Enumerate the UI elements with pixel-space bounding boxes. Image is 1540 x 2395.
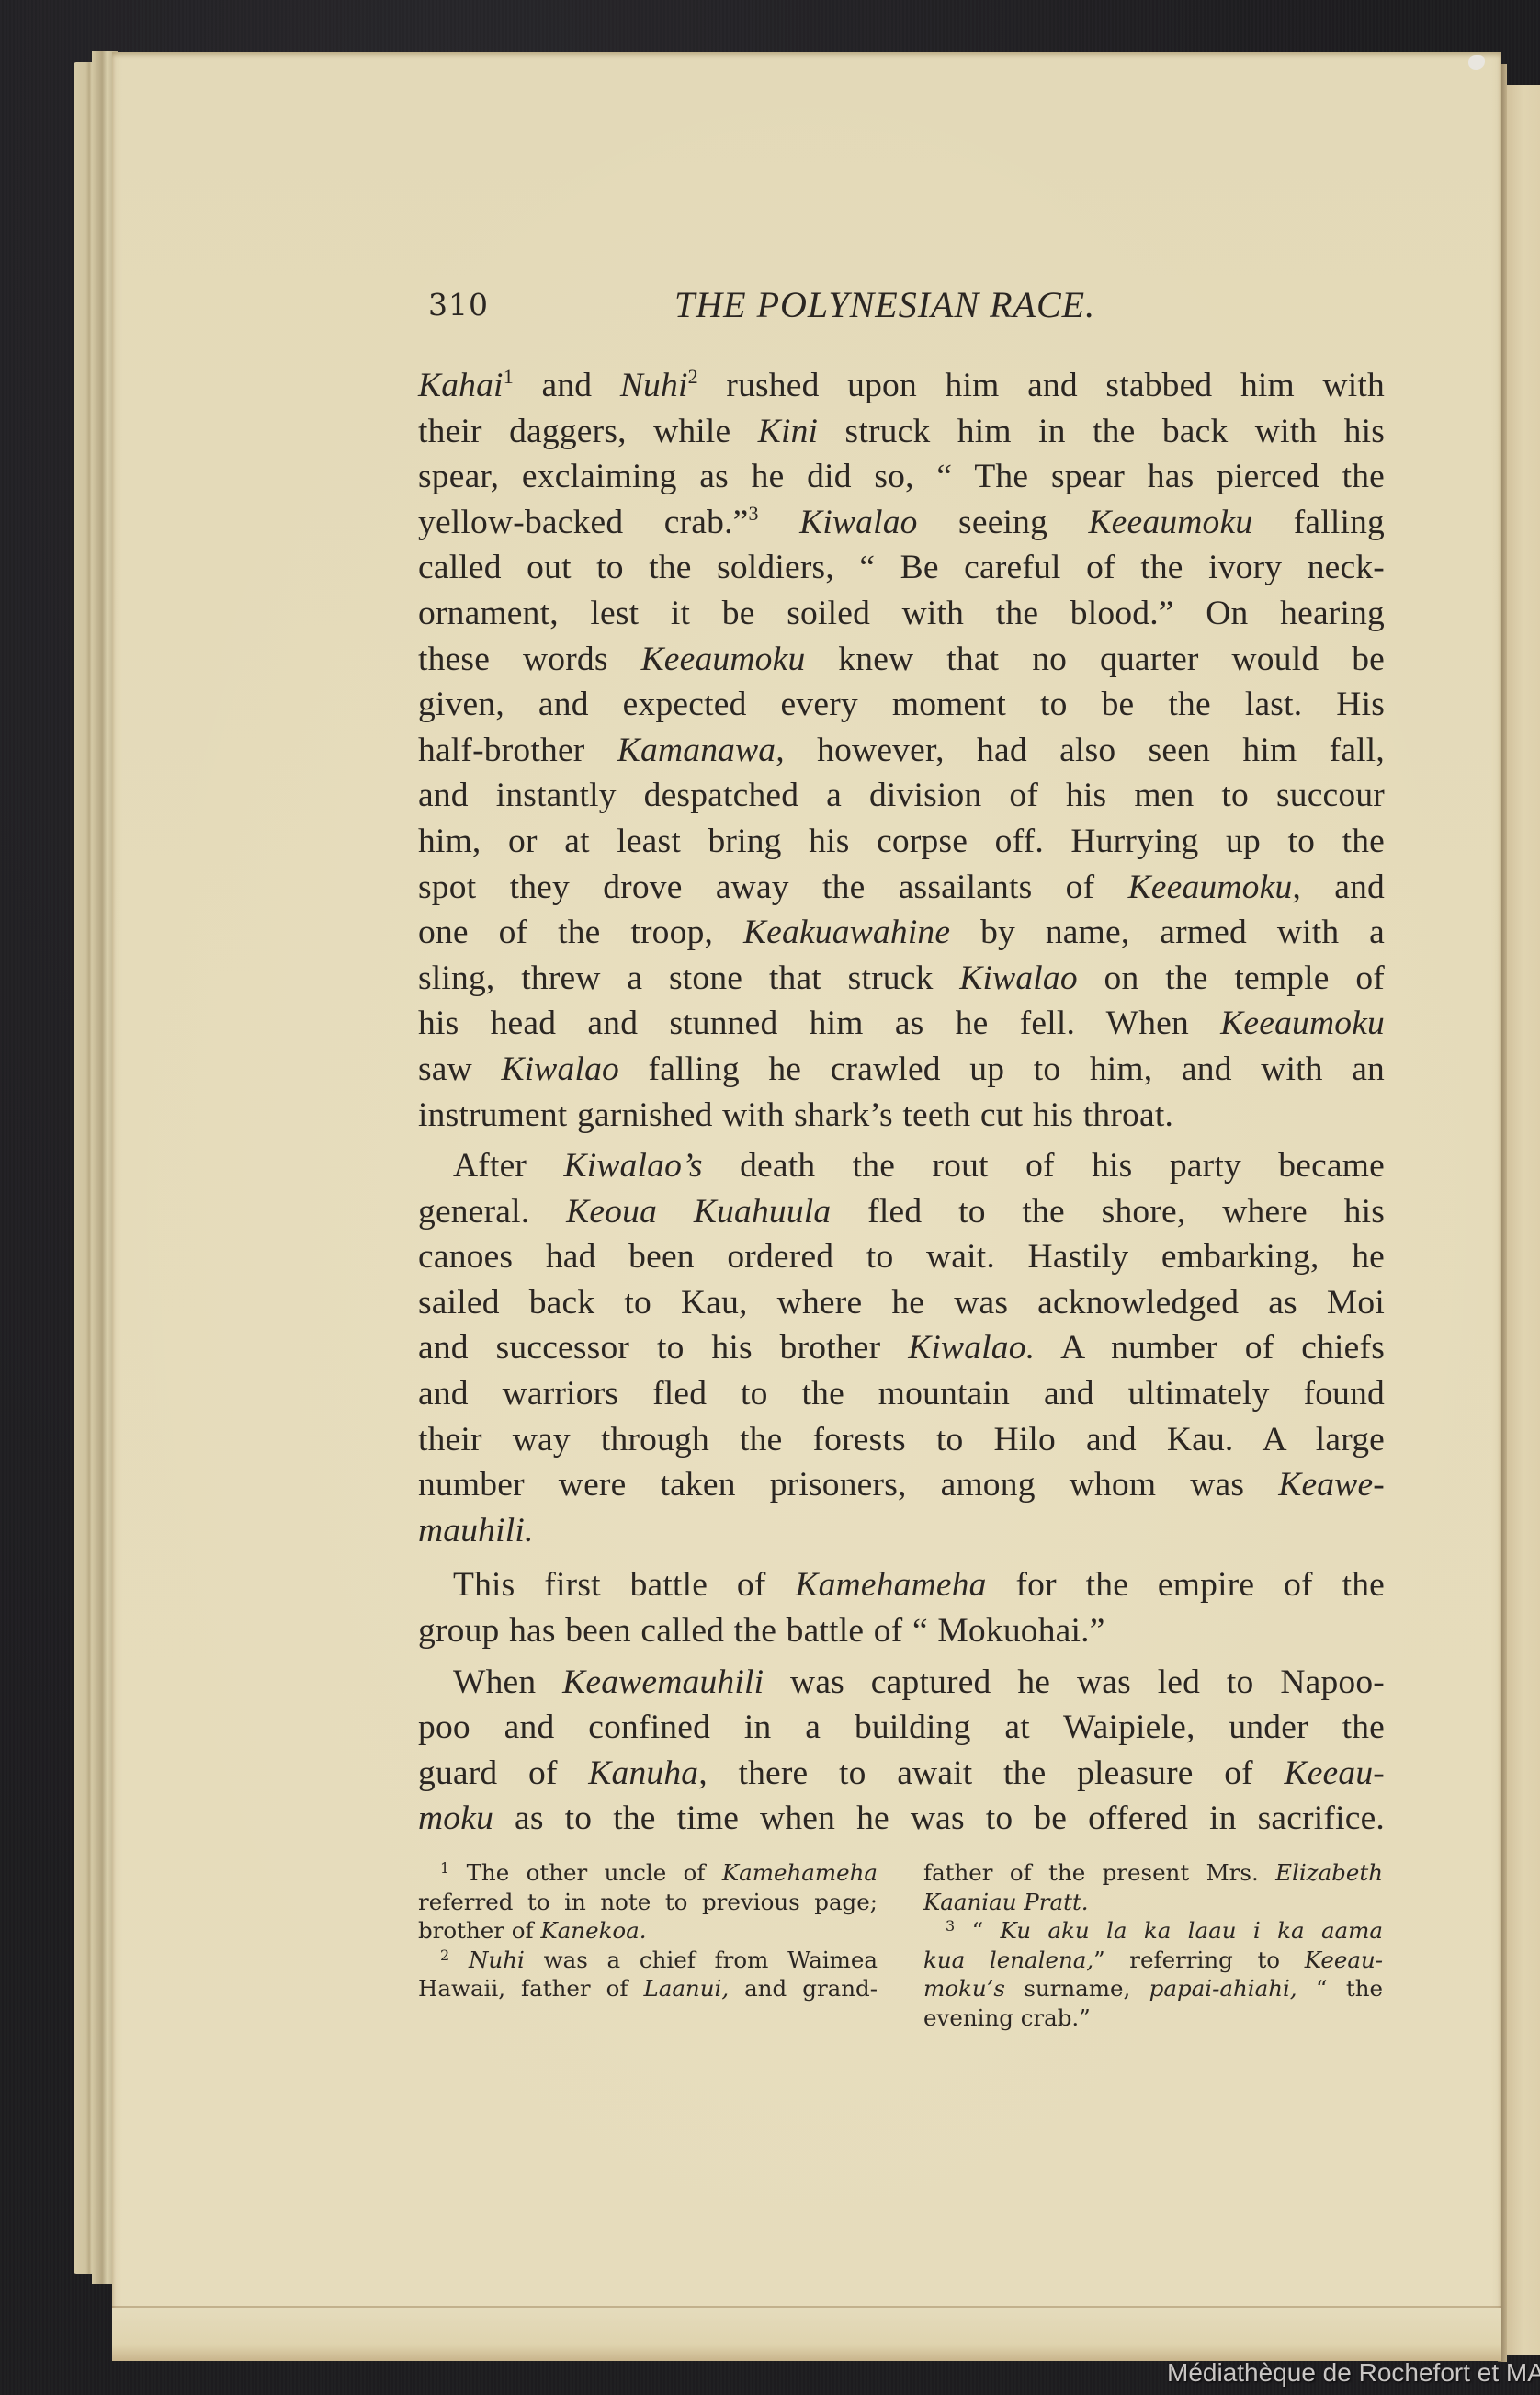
text: yellow-backed crab.” <box>418 504 749 541</box>
footnote-2: 2 Nuhi was a chief from Waimea <box>418 1946 878 1975</box>
text: “ the <box>1297 1975 1383 2002</box>
running-title: THE POLYNESIAN RACE. <box>674 283 1095 326</box>
text: half-brother <box>418 732 617 769</box>
name-keakuawahine: Keakuawahine <box>743 914 950 951</box>
text: by name, armed with a <box>950 914 1385 951</box>
text: “ <box>955 1917 1000 1944</box>
text: and instantly despatched a division of h… <box>418 777 1385 814</box>
footnote-line: Kaaniau Pratt. <box>923 1888 1383 1917</box>
text: evening crab.” <box>923 2004 1091 2031</box>
text-line: spear, exclaiming as he did so, “ The sp… <box>418 454 1385 500</box>
text: and <box>514 367 620 404</box>
body-text: Kahai1 and Nuhi2 rushed upon him and sta… <box>418 363 1385 1842</box>
name-keawemauhili: Keawemauhili <box>562 1663 764 1701</box>
text: was a chief from Waimea <box>525 1947 878 1973</box>
text: and <box>1301 868 1385 906</box>
text <box>759 504 799 541</box>
text: poo and confined in a building at Waipie… <box>418 1708 1385 1746</box>
name-keeaumoku: moku’s <box>923 1975 1005 2002</box>
text: given, and expected every moment to be t… <box>418 686 1385 723</box>
hawaiian-quote: Ku aku la ka laau i ka aama <box>1000 1917 1383 1944</box>
text: as to the time when he was to be offered… <box>493 1799 1385 1837</box>
text: on the temple of <box>1078 959 1385 997</box>
footnote-marker-3: 3 <box>946 1917 955 1935</box>
text: surname, <box>1005 1975 1149 2002</box>
text: and warriors fled to the mountain and ul… <box>418 1375 1385 1413</box>
footnote-marker-2: 2 <box>440 1947 449 1964</box>
text: knew that no quarter would be <box>805 641 1385 678</box>
text: called out to the soldiers, “ Be careful… <box>418 549 1385 586</box>
text: After <box>453 1147 564 1185</box>
name-kanekoa: Kanekoa. <box>540 1917 646 1944</box>
name-keeaumoku: Keeau- <box>1285 1754 1386 1792</box>
watermark-container: Médiathèque de Rochefort et MAP <box>1167 2358 1540 2388</box>
name-keeaumoku: Keeaumoku <box>641 641 806 678</box>
text: him, or at least bring his corpse off. H… <box>418 823 1385 860</box>
text: number were taken prisoners, among whom … <box>418 1466 1278 1504</box>
text-line: canoes had been ordered to wait. Hastily… <box>418 1234 1385 1280</box>
name-kamanawa: Kamanawa, <box>617 732 785 769</box>
footnote-line: brother of Kanekoa. <box>418 1916 878 1946</box>
footnote-line: kua lenalena,” referring to Keeau- <box>923 1946 1383 1975</box>
facing-page-sliver <box>1507 85 1540 2355</box>
name-keawemauhili: mauhili. <box>418 1512 534 1549</box>
name-kamehameha: Kamehameha <box>722 1859 878 1886</box>
text-line: instrument garnished with shark’s teeth … <box>418 1093 1385 1139</box>
surname-papai-ahiahi: papai-ahiahi, <box>1149 1975 1297 2002</box>
name-keeaumoku: moku <box>418 1799 493 1837</box>
text-line: After Kiwalao’s death the rout of his pa… <box>418 1143 1385 1189</box>
footnote-ref-3[interactable]: 3 <box>749 502 759 525</box>
text-line: ornament, lest it be soiled with the blo… <box>418 591 1385 637</box>
text-line: yellow-backed crab.”3 Kiwalao seeing Kee… <box>418 500 1385 546</box>
text: When <box>453 1663 562 1701</box>
text: This first battle of <box>453 1566 795 1604</box>
text-line: their daggers, while Kini struck him in … <box>418 409 1385 455</box>
text: these words <box>418 641 641 678</box>
footnotes: 1 The other uncle of Kamehameha referred… <box>418 1858 1383 2032</box>
text: instrument garnished with shark’s teeth … <box>418 1096 1173 1134</box>
name-kiwalao: Kiwalao <box>959 959 1078 997</box>
text: general. <box>418 1193 566 1231</box>
name-kiwalao: Kiwalao <box>799 504 918 541</box>
text: rushed upon him and stabbed him with <box>698 367 1385 404</box>
footnotes-left-column: 1 The other uncle of Kamehameha referred… <box>418 1858 878 2032</box>
text: falling he crawled up to him, and with a… <box>619 1050 1385 1088</box>
paragraph-2: After Kiwalao’s death the rout of his pa… <box>418 1143 1385 1553</box>
name-kanuha: Kanuha, <box>588 1754 708 1792</box>
text-line: half-brother Kamanawa, however, had also… <box>418 728 1385 774</box>
name-kiwalao: Kiwalao. <box>908 1329 1035 1367</box>
text: sailed back to Kau, where he was acknowl… <box>418 1284 1385 1322</box>
page-bottom-margin <box>112 2308 1501 2361</box>
text-line: saw Kiwalao falling he crawled up to him… <box>418 1047 1385 1093</box>
footnote-line: moku’s surname, papai-ahiahi, “ the <box>923 1974 1383 2003</box>
name-keawemauhili: Keawe- <box>1278 1466 1385 1504</box>
text-line: Kahai1 and Nuhi2 rushed upon him and sta… <box>418 363 1385 409</box>
text: his head and stunned him as he fell. Whe… <box>418 1005 1220 1042</box>
text-line: sling, threw a stone that struck Kiwalao… <box>418 956 1385 1002</box>
text: one of the troop, <box>418 914 743 951</box>
text-line: and warriors fled to the mountain and ul… <box>418 1371 1385 1417</box>
watermark-credit: Médiathèque de Rochefort et MAP <box>1167 2358 1540 2388</box>
text-line: their way through the forests to Hilo an… <box>418 1417 1385 1463</box>
text-line: guard of Kanuha, there to await the plea… <box>418 1751 1385 1797</box>
text: brother of <box>418 1917 540 1944</box>
footnote-line: evening crab.” <box>923 2003 1383 2033</box>
footnote-ref-2[interactable]: 2 <box>688 365 698 388</box>
text-line: sailed back to Kau, where he was acknowl… <box>418 1280 1385 1326</box>
footnote-marker-1: 1 <box>440 1859 449 1877</box>
text-line: called out to the soldiers, “ Be careful… <box>418 545 1385 591</box>
text: was captured he was led to Napoo- <box>764 1663 1385 1701</box>
text-line: and successor to his brother Kiwalao. A … <box>418 1325 1385 1371</box>
text: their way through the forests to Hilo an… <box>418 1421 1385 1459</box>
name-keeaumoku: Keeau- <box>1305 1947 1383 1973</box>
footnote-ref-1[interactable]: 1 <box>504 365 514 388</box>
name-kini: Kini <box>758 413 818 450</box>
text: A number of chiefs <box>1035 1329 1385 1367</box>
text-line: his head and stunned him as he fell. Whe… <box>418 1001 1385 1047</box>
text: their daggers, while <box>418 413 758 450</box>
text: group has been called the battle of “ Mo… <box>418 1612 1105 1650</box>
text: spear, exclaiming as he did so, “ The sp… <box>418 458 1385 495</box>
page-number: 310 <box>428 287 489 323</box>
footnotes-right-column: father of the present Mrs. Elizabeth Kaa… <box>923 1858 1383 2032</box>
name-kiwalao: Kiwalao <box>501 1050 619 1088</box>
text-line: number were taken prisoners, among whom … <box>418 1462 1385 1508</box>
footnote-3: 3 “ Ku aku la ka laau i ka aama <box>923 1916 1383 1946</box>
text: saw <box>418 1050 501 1088</box>
text: death the rout of his party became <box>703 1147 1385 1185</box>
text-line: one of the troop, Keakuawahine by name, … <box>418 910 1385 956</box>
name-laanui: Laanui, <box>643 1975 729 2002</box>
name-elizabeth: Elizabeth <box>1275 1859 1383 1886</box>
text: spot they drove away the assailants of <box>418 868 1128 906</box>
text-line: moku as to the time when he was to be of… <box>418 1796 1385 1842</box>
text-line: group has been called the battle of “ Mo… <box>418 1608 1385 1654</box>
name-kaaniau-pratt: Kaaniau Pratt. <box>923 1889 1089 1915</box>
text: there to await the pleasure of <box>708 1754 1285 1792</box>
text-line: mauhili. <box>418 1508 1385 1554</box>
name-keeaumoku: Keeaumoku <box>1220 1005 1385 1042</box>
text-line: given, and expected every moment to be t… <box>418 682 1385 728</box>
text: however, had also seen him fall, <box>785 732 1385 769</box>
text: for the empire of the <box>987 1566 1385 1604</box>
running-head: 310 THE POLYNESIAN RACE. <box>428 287 1384 333</box>
text: referred to in note to previous page; <box>418 1889 878 1915</box>
text: The other uncle of <box>449 1859 722 1886</box>
text <box>449 1947 469 1973</box>
text: seeing <box>918 504 1089 541</box>
footnote-line: referred to in note to previous page; <box>418 1888 878 1917</box>
name-nuhi: Nuhi <box>620 367 688 404</box>
name-kiwalao: Kiwalao’s <box>564 1147 703 1185</box>
text: canoes had been ordered to wait. Hastily… <box>418 1238 1385 1276</box>
text: guard of <box>418 1754 588 1792</box>
text: ” referring to <box>1093 1947 1305 1973</box>
name-kamehameha: Kamehameha <box>795 1566 986 1604</box>
paragraph-1: Kahai1 and Nuhi2 rushed upon him and sta… <box>418 363 1385 1138</box>
text: sling, threw a stone that struck <box>418 959 959 997</box>
text-line: spot they drove away the assailants of K… <box>418 865 1385 911</box>
text: struck him in the back with his <box>818 413 1385 450</box>
text-line: general. Keoua Kuahuula fled to the shor… <box>418 1189 1385 1235</box>
text: and successor to his brother <box>418 1329 908 1367</box>
footnote-line: father of the present Mrs. Elizabeth <box>923 1858 1383 1888</box>
hawaiian-quote: kua lenalena, <box>923 1947 1093 1973</box>
text-line: poo and confined in a building at Waipie… <box>418 1705 1385 1751</box>
text: Hawaii, father of <box>418 1975 643 2002</box>
name-kahai: Kahai <box>418 367 504 404</box>
text: fled to the shore, where his <box>831 1193 1385 1231</box>
text-line: him, or at least bring his corpse off. H… <box>418 819 1385 865</box>
footnote-1: 1 The other uncle of Kamehameha <box>418 1858 878 1888</box>
name-keeaumoku: Keeaumoku, <box>1128 868 1301 906</box>
text-line: and instantly despatched a division of h… <box>418 773 1385 819</box>
text: ornament, lest it be soiled with the blo… <box>418 595 1385 632</box>
text-line: these words Keeaumoku knew that no quart… <box>418 637 1385 683</box>
name-keoua-kuahuula: Keoua Kuahuula <box>566 1193 831 1231</box>
text: falling <box>1252 504 1385 541</box>
name-nuhi: Nuhi <box>469 1947 525 1973</box>
text-line: This first battle of Kamehameha for the … <box>418 1562 1385 1608</box>
paragraph-4: When Keawemauhili was captured he was le… <box>418 1660 1385 1842</box>
text: and grand- <box>729 1975 878 2002</box>
paragraph-3: This first battle of Kamehameha for the … <box>418 1562 1385 1653</box>
text-line: When Keawemauhili was captured he was le… <box>418 1660 1385 1706</box>
text: father of the present Mrs. <box>923 1859 1275 1886</box>
name-keeaumoku: Keeaumoku <box>1088 504 1252 541</box>
footnote-line: Hawaii, father of Laanui, and grand- <box>418 1974 878 2003</box>
